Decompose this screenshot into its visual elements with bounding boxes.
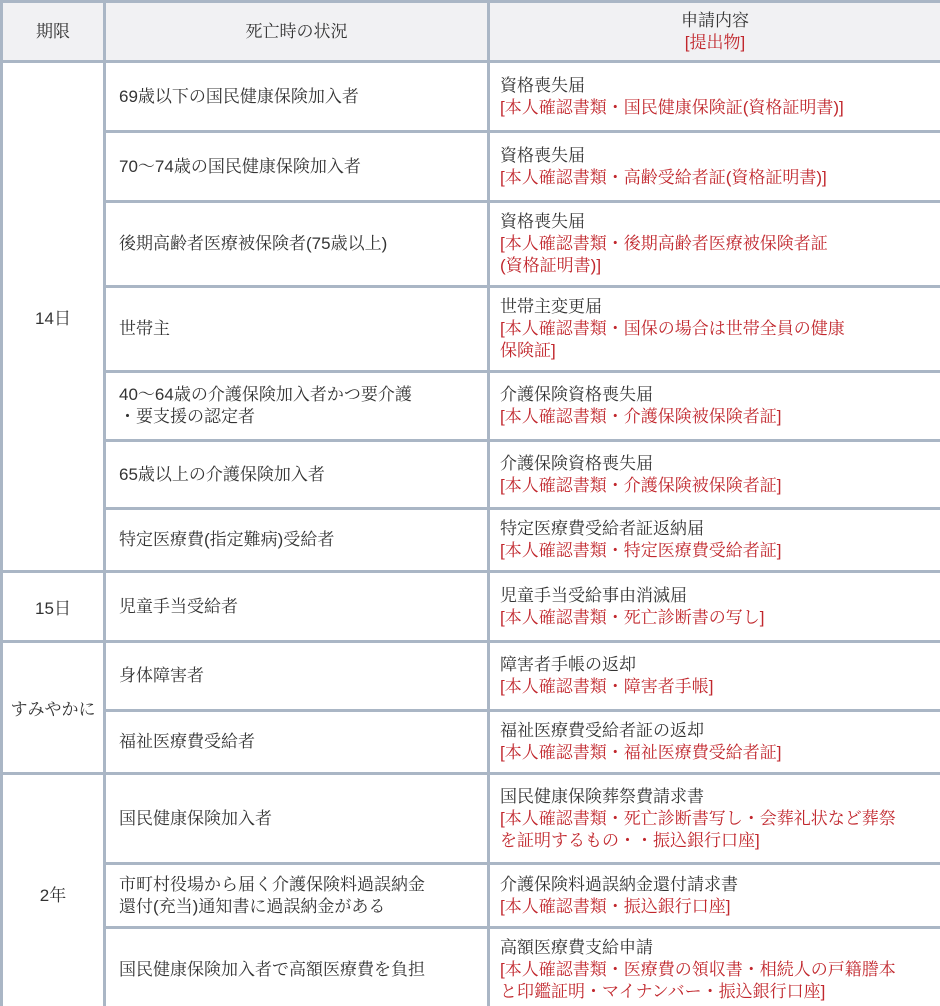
deadline-cell: 2年 bbox=[2, 774, 105, 1006]
situation-cell: 福祉医療費受給者 bbox=[105, 711, 489, 774]
application-cell: 国民健康保険葬祭費請求書[本人確認書類・死亡診断書写し・会葬礼状など葬祭 を証明… bbox=[489, 774, 940, 864]
documents-text: [本人確認書類・国民健康保険証(資格証明書)] bbox=[500, 97, 932, 119]
application-title: 介護保険資格喪失届 bbox=[500, 453, 932, 475]
application-title: 福祉医療費受給者証の返却 bbox=[500, 720, 932, 742]
situation-text: 70～74歳の国民健康保険加入者 bbox=[119, 156, 477, 178]
situation-cell: 65歳以上の介護保険加入者 bbox=[105, 441, 489, 509]
application-cell: 世帯主変更届[本人確認書類・国保の場合は世帯全員の健康 保険証] bbox=[489, 287, 940, 372]
application-cell: 特定医療費受給者証返納届[本人確認書類・特定医療費受給者証] bbox=[489, 509, 940, 572]
application-title: 世帯主変更届 bbox=[500, 296, 932, 318]
situation-cell: 世帯主 bbox=[105, 287, 489, 372]
documents-text: [本人確認書類・特定医療費受給者証] bbox=[500, 540, 932, 562]
documents-text: [本人確認書類・介護保険被保険者証] bbox=[500, 475, 932, 497]
death-procedures-table: 期限 死亡時の状況 申請内容 [提出物] 14日69歳以下の国民健康保険加入者資… bbox=[0, 0, 940, 1006]
situation-cell: 国民健康保険加入者で高額医療費を負担 bbox=[105, 928, 489, 1006]
header-situation: 死亡時の状況 bbox=[105, 2, 489, 62]
application-cell: 障害者手帳の返却[本人確認書類・障害者手帳] bbox=[489, 642, 940, 711]
situation-text: 国民健康保険加入者で高額医療費を負担 bbox=[119, 959, 477, 981]
situation-cell: 40～64歳の介護保険加入者かつ要介護 ・要支援の認定者 bbox=[105, 372, 489, 441]
documents-text: [本人確認書類・後期高齢者医療被保険者証 (資格証明書)] bbox=[500, 233, 932, 277]
documents-text: [本人確認書類・国保の場合は世帯全員の健康 保険証] bbox=[500, 318, 932, 362]
situation-cell: 70～74歳の国民健康保険加入者 bbox=[105, 132, 489, 202]
deadline-cell: 14日 bbox=[2, 62, 105, 572]
deadline-cell: 15日 bbox=[2, 572, 105, 642]
situation-cell: 身体障害者 bbox=[105, 642, 489, 711]
situation-cell: 特定医療費(指定難病)受給者 bbox=[105, 509, 489, 572]
situation-text: 世帯主 bbox=[119, 318, 477, 340]
situation-text: 市町村役場から届く介護保険料過誤納金 還付(充当)通知書に過誤納金がある bbox=[119, 874, 477, 918]
application-cell: 介護保険料過誤納金還付請求書[本人確認書類・振込銀行口座] bbox=[489, 864, 940, 928]
deadline-cell: すみやかに bbox=[2, 642, 105, 774]
application-title: 資格喪失届 bbox=[500, 145, 932, 167]
header-application-sub: [提出物] bbox=[490, 32, 940, 54]
situation-text: 特定医療費(指定難病)受給者 bbox=[119, 529, 477, 551]
table-row: 65歳以上の介護保険加入者介護保険資格喪失届[本人確認書類・介護保険被保険者証] bbox=[2, 441, 940, 509]
situation-text: 児童手当受給者 bbox=[119, 596, 477, 618]
page: 期限 死亡時の状況 申請内容 [提出物] 14日69歳以下の国民健康保険加入者資… bbox=[0, 0, 940, 1006]
situation-cell: 69歳以下の国民健康保険加入者 bbox=[105, 62, 489, 132]
application-title: 資格喪失届 bbox=[500, 75, 932, 97]
situation-text: 国民健康保険加入者 bbox=[119, 808, 477, 830]
documents-text: [本人確認書類・死亡診断書の写し] bbox=[500, 607, 932, 629]
documents-text: [本人確認書類・死亡診断書写し・会葬礼状など葬祭 を証明するもの・・振込銀行口座… bbox=[500, 808, 932, 852]
documents-text: [本人確認書類・福祉医療費受給者証] bbox=[500, 742, 932, 764]
situation-cell: 市町村役場から届く介護保険料過誤納金 還付(充当)通知書に過誤納金がある bbox=[105, 864, 489, 928]
situation-text: 65歳以上の介護保険加入者 bbox=[119, 464, 477, 486]
table-row: 70～74歳の国民健康保険加入者資格喪失届[本人確認書類・高齢受給者証(資格証明… bbox=[2, 132, 940, 202]
documents-text: [本人確認書類・高齢受給者証(資格証明書)] bbox=[500, 167, 932, 189]
application-cell: 資格喪失届[本人確認書類・国民健康保険証(資格証明書)] bbox=[489, 62, 940, 132]
application-title: 高額医療費支給申請 bbox=[500, 937, 932, 959]
header-application-title: 申請内容 bbox=[490, 10, 940, 32]
situation-cell: 後期高齢者医療被保険者(75歳以上) bbox=[105, 202, 489, 287]
table-row: 15日児童手当受給者児童手当受給事由消滅届[本人確認書類・死亡診断書の写し] bbox=[2, 572, 940, 642]
application-title: 特定医療費受給者証返納届 bbox=[500, 518, 932, 540]
table-row: 国民健康保険加入者で高額医療費を負担高額医療費支給申請[本人確認書類・医療費の領… bbox=[2, 928, 940, 1006]
table-header: 期限 死亡時の状況 申請内容 [提出物] bbox=[2, 2, 940, 62]
header-deadline: 期限 bbox=[2, 2, 105, 62]
table-row: 2年国民健康保険加入者国民健康保険葬祭費請求書[本人確認書類・死亡診断書写し・会… bbox=[2, 774, 940, 864]
table-row: 福祉医療費受給者福祉医療費受給者証の返却[本人確認書類・福祉医療費受給者証] bbox=[2, 711, 940, 774]
table-row: 特定医療費(指定難病)受給者特定医療費受給者証返納届[本人確認書類・特定医療費受… bbox=[2, 509, 940, 572]
application-cell: 福祉医療費受給者証の返却[本人確認書類・福祉医療費受給者証] bbox=[489, 711, 940, 774]
situation-text: 身体障害者 bbox=[119, 665, 477, 687]
application-title: 国民健康保険葬祭費請求書 bbox=[500, 786, 932, 808]
application-cell: 資格喪失届[本人確認書類・高齢受給者証(資格証明書)] bbox=[489, 132, 940, 202]
situation-text: 40～64歳の介護保険加入者かつ要介護 ・要支援の認定者 bbox=[119, 384, 477, 428]
application-title: 介護保険資格喪失届 bbox=[500, 384, 932, 406]
header-row: 期限 死亡時の状況 申請内容 [提出物] bbox=[2, 2, 940, 62]
application-title: 資格喪失届 bbox=[500, 211, 932, 233]
application-title: 児童手当受給事由消滅届 bbox=[500, 585, 932, 607]
situation-cell: 国民健康保険加入者 bbox=[105, 774, 489, 864]
application-cell: 介護保険資格喪失届[本人確認書類・介護保険被保険者証] bbox=[489, 441, 940, 509]
documents-text: [本人確認書類・障害者手帳] bbox=[500, 676, 932, 698]
application-cell: 資格喪失届[本人確認書類・後期高齢者医療被保険者証 (資格証明書)] bbox=[489, 202, 940, 287]
documents-text: [本人確認書類・振込銀行口座] bbox=[500, 896, 932, 918]
table-row: 市町村役場から届く介護保険料過誤納金 還付(充当)通知書に過誤納金がある介護保険… bbox=[2, 864, 940, 928]
documents-text: [本人確認書類・医療費の領収書・相続人の戸籍謄本 と印鑑証明・マイナンバー・振込… bbox=[500, 959, 932, 1003]
situation-text: 福祉医療費受給者 bbox=[119, 731, 477, 753]
table-body: 14日69歳以下の国民健康保険加入者資格喪失届[本人確認書類・国民健康保険証(資… bbox=[2, 62, 940, 1006]
table-row: すみやかに身体障害者障害者手帳の返却[本人確認書類・障害者手帳] bbox=[2, 642, 940, 711]
table-row: 14日69歳以下の国民健康保険加入者資格喪失届[本人確認書類・国民健康保険証(資… bbox=[2, 62, 940, 132]
table-row: 40～64歳の介護保険加入者かつ要介護 ・要支援の認定者介護保険資格喪失届[本人… bbox=[2, 372, 940, 441]
documents-text: [本人確認書類・介護保険被保険者証] bbox=[500, 406, 932, 428]
application-title: 障害者手帳の返却 bbox=[500, 654, 932, 676]
table-row: 世帯主世帯主変更届[本人確認書類・国保の場合は世帯全員の健康 保険証] bbox=[2, 287, 940, 372]
situation-text: 後期高齢者医療被保険者(75歳以上) bbox=[119, 233, 477, 255]
situation-text: 69歳以下の国民健康保険加入者 bbox=[119, 86, 477, 108]
application-cell: 介護保険資格喪失届[本人確認書類・介護保険被保険者証] bbox=[489, 372, 940, 441]
application-cell: 児童手当受給事由消滅届[本人確認書類・死亡診断書の写し] bbox=[489, 572, 940, 642]
application-cell: 高額医療費支給申請[本人確認書類・医療費の領収書・相続人の戸籍謄本 と印鑑証明・… bbox=[489, 928, 940, 1006]
application-title: 介護保険料過誤納金還付請求書 bbox=[500, 874, 932, 896]
header-application: 申請内容 [提出物] bbox=[489, 2, 940, 62]
situation-cell: 児童手当受給者 bbox=[105, 572, 489, 642]
table-row: 後期高齢者医療被保険者(75歳以上)資格喪失届[本人確認書類・後期高齢者医療被保… bbox=[2, 202, 940, 287]
